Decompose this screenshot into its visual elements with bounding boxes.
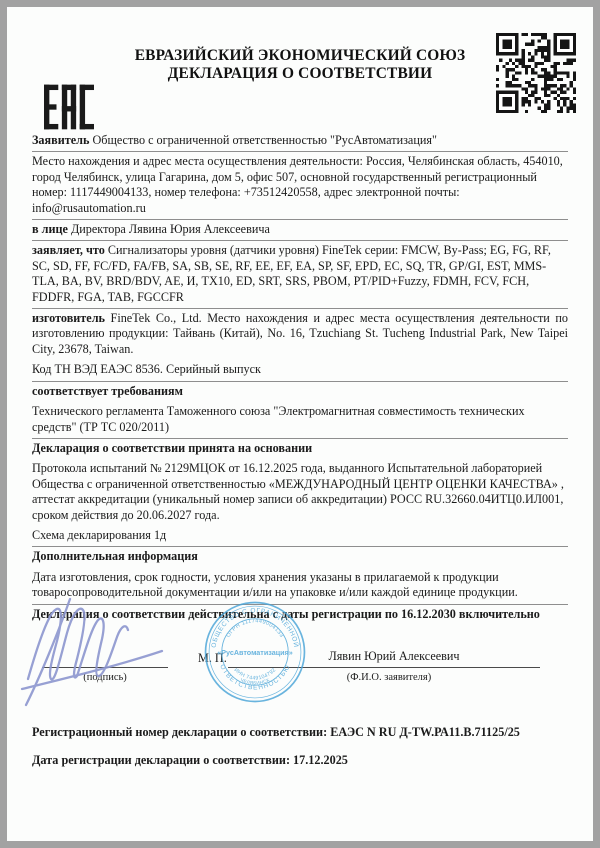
address-paragraph: Место нахождения и адрес места осуществл…: [32, 152, 568, 220]
eac-mark-icon: [44, 81, 94, 133]
stamp-ogrn-text: ОГРН 1117449004133: [226, 618, 285, 638]
manufacturer-value: FineTek Co., Ltd. Место нахождения и адр…: [32, 311, 568, 356]
scheme-row: Схема декларирования 1д: [32, 526, 568, 546]
applicant-row: Заявитель Общество с ограниченной ответс…: [32, 131, 568, 152]
manufacturer-paragraph: изготовитель FineTek Co., Ltd. Место нах…: [32, 309, 568, 360]
in-person-label: в лице: [32, 222, 68, 236]
declares-label: заявляет, что: [32, 243, 105, 257]
document-header: ЕВРАЗИЙСКИЙ ЭКОНОМИЧЕСКИЙ СОЮЗ ДЕКЛАРАЦИ…: [32, 7, 568, 131]
conforms-value-paragraph: Технического регламента Таможенного союз…: [32, 402, 568, 439]
document-page: ЕВРАЗИЙСКИЙ ЭКОНОМИЧЕСКИЙ СОЮЗ ДЕКЛАРАЦИ…: [0, 0, 600, 848]
in-person-value: Директора Лявина Юрия Алексеевича: [71, 222, 270, 236]
handwritten-signature: [18, 591, 218, 713]
applicant-value: Общество с ограниченной ответственностью…: [92, 133, 437, 147]
manufacturer-section: изготовитель FineTek Co., Ltd. Место нах…: [32, 309, 568, 382]
stamp-inn-text: ИНН 7449104792: [233, 667, 278, 681]
applicant-label: Заявитель: [32, 133, 89, 147]
page-subtitle: ДЕКЛАРАЦИЯ О СООТВЕТСТВИИ: [32, 65, 568, 83]
additional-label-row: Дополнительная информация: [32, 547, 568, 567]
svg-text:ИНН 7449104792: ИНН 7449104792: [233, 667, 278, 681]
signature-block: (подпись) М. П. Лявин Юрий Алексеевич (Ф…: [32, 633, 568, 709]
registration-number-label: Регистрационный номер декларации о соотв…: [32, 725, 327, 739]
page-title: ЕВРАЗИЙСКИЙ ЭКОНОМИЧЕСКИЙ СОЮЗ: [32, 47, 568, 65]
registration-date-row: Дата регистрации декларации о соответств…: [32, 753, 568, 768]
conforms-label-row: соответствует требованиям: [32, 382, 568, 402]
qr-code-icon: [496, 33, 576, 113]
basis-label-row: Декларация о соответствии принята на осн…: [32, 439, 568, 459]
basis-section: Протокола испытаний № 2129МЦОК от 16.12.…: [32, 459, 568, 547]
name-caption: (Ф.И.О. заявителя): [314, 670, 464, 685]
tnved-code-row: Код ТН ВЭД ЕАЭС 8536. Серийный выпуск: [32, 360, 568, 380]
registration-date-label: Дата регистрации декларации о соответств…: [32, 753, 290, 767]
in-person-row: в лице Директора Лявина Юрия Алексеевича: [32, 220, 568, 241]
applicant-name: Лявин Юрий Алексеевич: [284, 649, 504, 664]
registration-date-value: 17.12.2025: [293, 753, 348, 767]
document-content: ЕВРАЗИЙСКИЙ ЭКОНОМИЧЕСКИЙ СОЮЗ ДЕКЛАРАЦИ…: [7, 7, 593, 769]
declares-value: Сигнализаторы уровня (датчики уровня) Fi…: [32, 243, 551, 303]
title-block: ЕВРАЗИЙСКИЙ ЭКОНОМИЧЕСКИЙ СОЮЗ ДЕКЛАРАЦИ…: [32, 47, 568, 82]
declares-paragraph: заявляет, что Сигнализаторы уровня (датч…: [32, 241, 568, 309]
manufacturer-label: изготовитель: [32, 311, 105, 325]
basis-value-paragraph: Протокола испытаний № 2129МЦОК от 16.12.…: [32, 459, 568, 526]
registration-number-value: ЕАЭС N RU Д-TW.РА11.В.71125/25: [330, 725, 520, 739]
svg-text:ОГРН 1117449004133: ОГРН 1117449004133: [226, 618, 285, 638]
company-stamp: ОБЩЕСТВО С ОГРАНИЧЕННОЙ ОТВЕТСТВЕННОСТЬЮ…: [202, 599, 308, 705]
stamp-center-text: «РусАвтоматизация»: [217, 648, 293, 657]
registration-number-row: Регистрационный номер декларации о соотв…: [32, 725, 568, 740]
